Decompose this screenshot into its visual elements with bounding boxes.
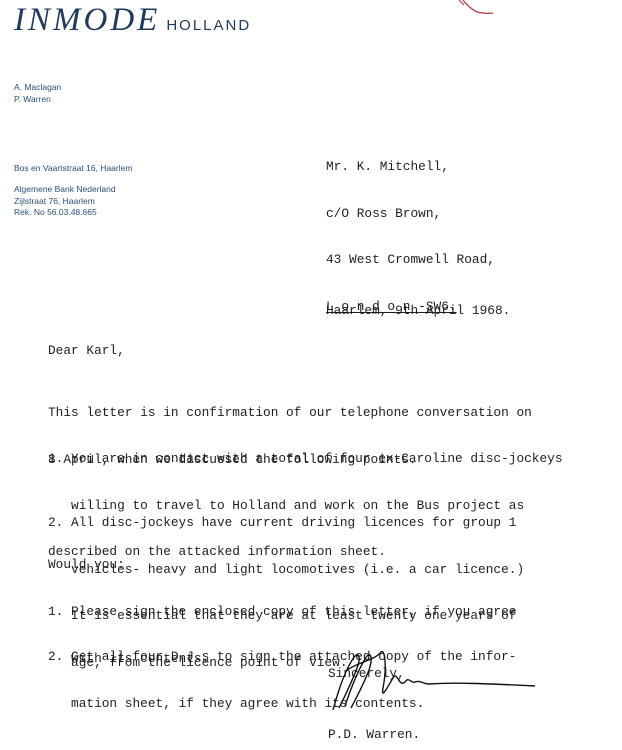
text-line: 1. You are in contact with a total of fo… xyxy=(48,451,563,467)
bank-address: Zijlstraat 76, Haarlem xyxy=(14,196,116,208)
recipient-address: Mr. K. Mitchell, c/O Ross Brown, 43 West… xyxy=(326,128,495,330)
company-address: Bos en Vaartstraat 16, Haarlem xyxy=(14,163,132,175)
partner-list: A. Maclagan P. Warren xyxy=(14,82,61,105)
partner-name: A. Maclagan xyxy=(14,82,61,94)
bank-details: Algemene Bank Nederland Zijlstraat 76, H… xyxy=(14,184,116,219)
brand-name: INMODE xyxy=(14,2,160,38)
letter-date: Haarlem, 9th April 1968. xyxy=(326,303,510,319)
handwritten-signature-icon xyxy=(325,648,555,718)
text-line: This letter is in confirmation of our te… xyxy=(48,405,532,421)
would-you-heading: Would you: xyxy=(48,557,125,573)
recipient-line: Mr. K. Mitchell, xyxy=(326,159,495,175)
recipient-line: 43 West Cromwell Road, xyxy=(326,252,495,268)
letterhead-brand: INMODEHOLLAND xyxy=(14,2,251,39)
signer-name: P.D. Warren. xyxy=(328,727,420,743)
partner-name: P. Warren xyxy=(14,94,61,106)
red-ink-mark-icon xyxy=(455,0,515,16)
salutation: Dear Karl, xyxy=(48,343,125,359)
brand-country: HOLLAND xyxy=(166,17,251,34)
text-line: 2. All disc-jockeys have current driving… xyxy=(48,515,524,531)
recipient-line: c/O Ross Brown, xyxy=(326,206,495,222)
bank-name: Algemene Bank Nederland xyxy=(14,184,116,196)
bank-account: Rek. No 56.03.48.665 xyxy=(14,207,116,219)
